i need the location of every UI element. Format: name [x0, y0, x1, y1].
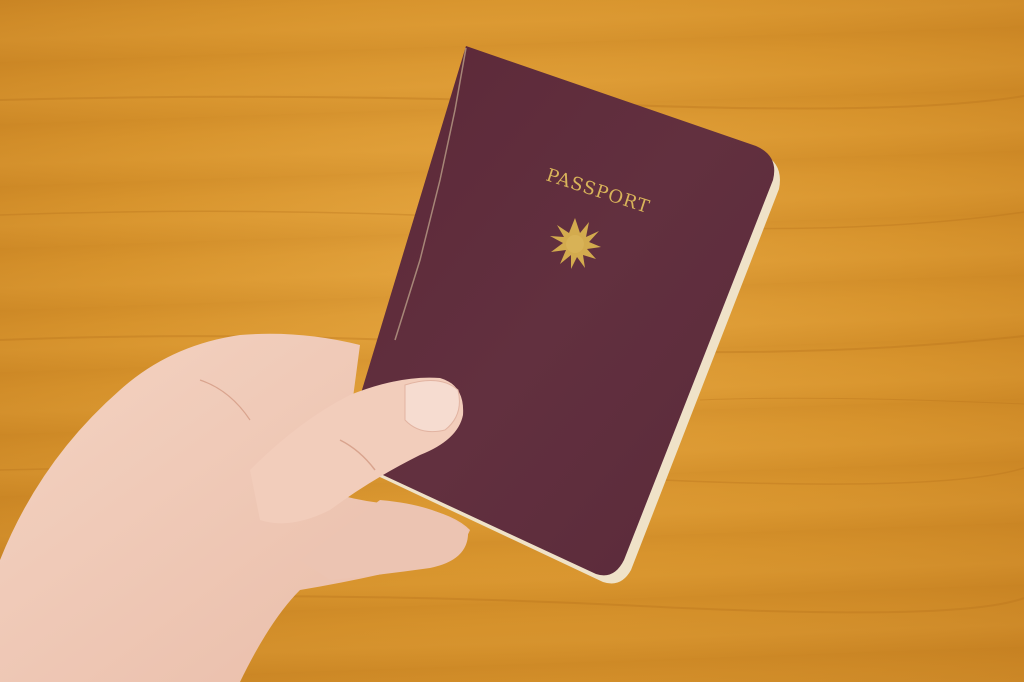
- passport-cover: [342, 46, 774, 575]
- hand: [0, 334, 470, 682]
- hand-thumbnail: [405, 381, 459, 432]
- scene-drawing: PASSPORT: [0, 0, 1024, 682]
- photo-scene: PASSPORT: [0, 0, 1024, 682]
